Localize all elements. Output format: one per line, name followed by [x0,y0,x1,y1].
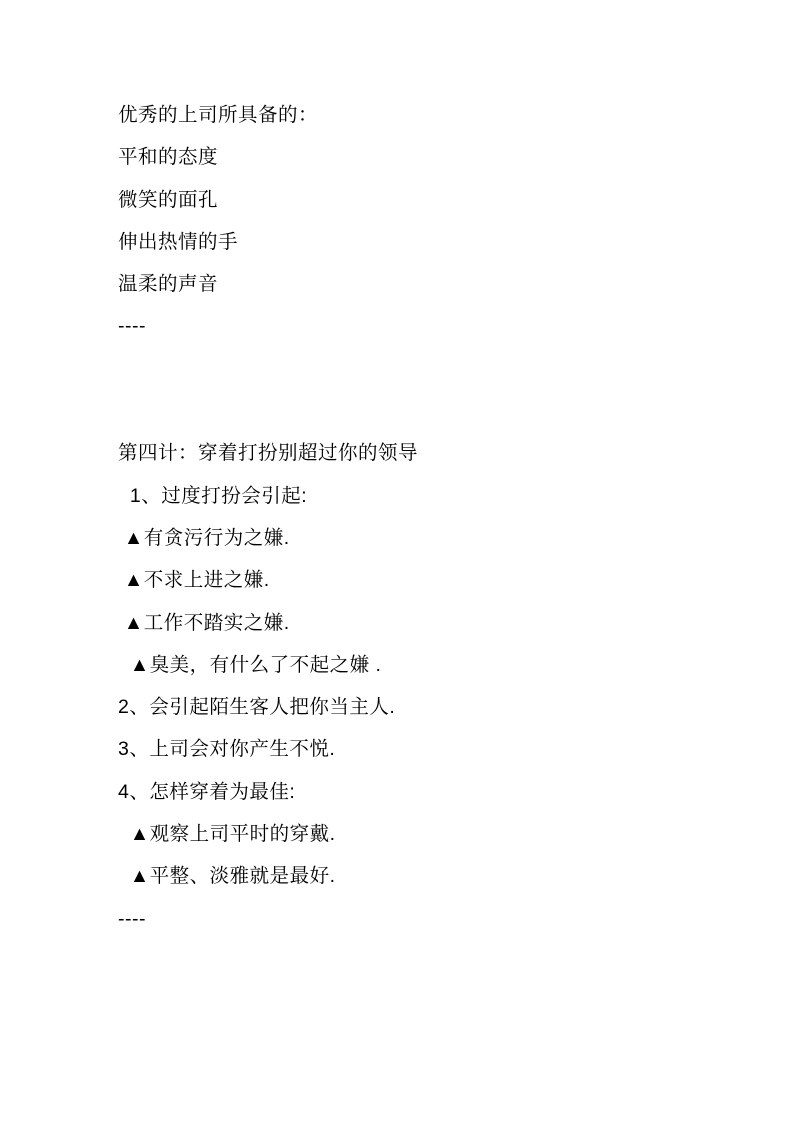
document-line: ▲工作不踏实之嫌. [118,602,743,644]
document-line: 优秀的上司所具备的： [118,94,743,136]
document-line: 1、过度打扮会引起: [118,475,743,517]
document-line: ---- [118,305,743,347]
document-line: ▲不求上进之嫌. [118,559,743,601]
document-line: ▲平整、淡雅就是最好. [118,855,743,897]
document-line [118,390,743,432]
document-line: 温柔的声音 [118,263,743,305]
document-line: 伸出热情的手 [118,221,743,263]
document-line: ▲有贪污行为之嫌. [118,517,743,559]
document-page: 优秀的上司所具备的：平和的态度微笑的面孔伸出热情的手温柔的声音----第四计：穿… [0,0,793,1122]
document-line [118,348,743,390]
document-line: 平和的态度 [118,136,743,178]
document-line: ▲观察上司平时的穿戴. [118,813,743,855]
document-line: 第四计：穿着打扮别超过你的领导 [118,432,743,474]
document-line: ---- [118,898,743,940]
document-line: ▲臭美，有什么了不起之嫌 . [118,644,743,686]
document-line: 2、会引起陌生客人把你当主人. [118,686,743,728]
document-line: 4、怎样穿着为最佳: [118,771,743,813]
document-line: 微笑的面孔 [118,179,743,221]
document-body: 优秀的上司所具备的：平和的态度微笑的面孔伸出热情的手温柔的声音----第四计：穿… [118,94,743,940]
document-line: 3、上司会对你产生不悦. [118,728,743,770]
